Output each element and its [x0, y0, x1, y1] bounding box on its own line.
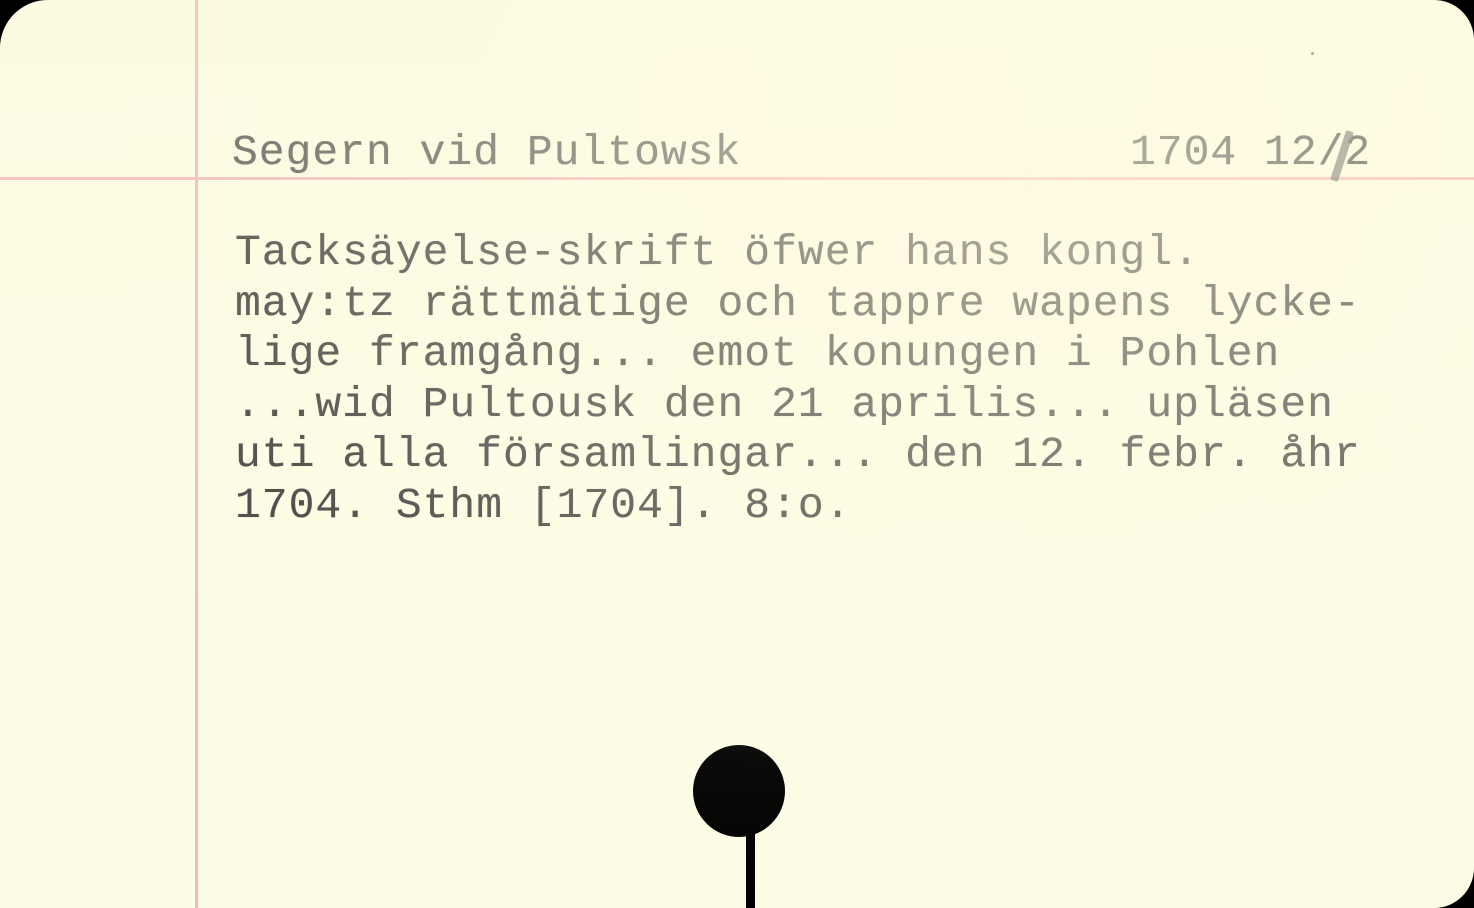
- catalog-card: Segern vid Pultowsk 1704 12/2 Tacksäyels…: [0, 0, 1474, 908]
- description-line: Tacksäyelse-skrift öfwer hans kongl.: [235, 228, 1361, 279]
- ink-speck: [1311, 52, 1314, 55]
- description-line: 1704. Sthm [1704]. 8:o.: [235, 481, 1361, 532]
- vertical-margin-rule: [195, 0, 198, 908]
- description-line: uti alla församlingar... den 12. febr. å…: [235, 430, 1361, 481]
- description-line: lige framgång... emot konungen i Pohlen: [235, 329, 1361, 380]
- description-line: may:tz rättmätige och tappre wapens lyck…: [235, 279, 1361, 330]
- description-line: ...wid Pultousk den 21 aprilis... upläse…: [235, 380, 1361, 431]
- card-description: Tacksäyelse-skrift öfwer hans kongl.may:…: [235, 228, 1361, 531]
- drawer-rod: [746, 828, 755, 908]
- card-punch-hole-icon: [693, 745, 785, 837]
- card-heading: Segern vid Pultowsk: [232, 128, 741, 178]
